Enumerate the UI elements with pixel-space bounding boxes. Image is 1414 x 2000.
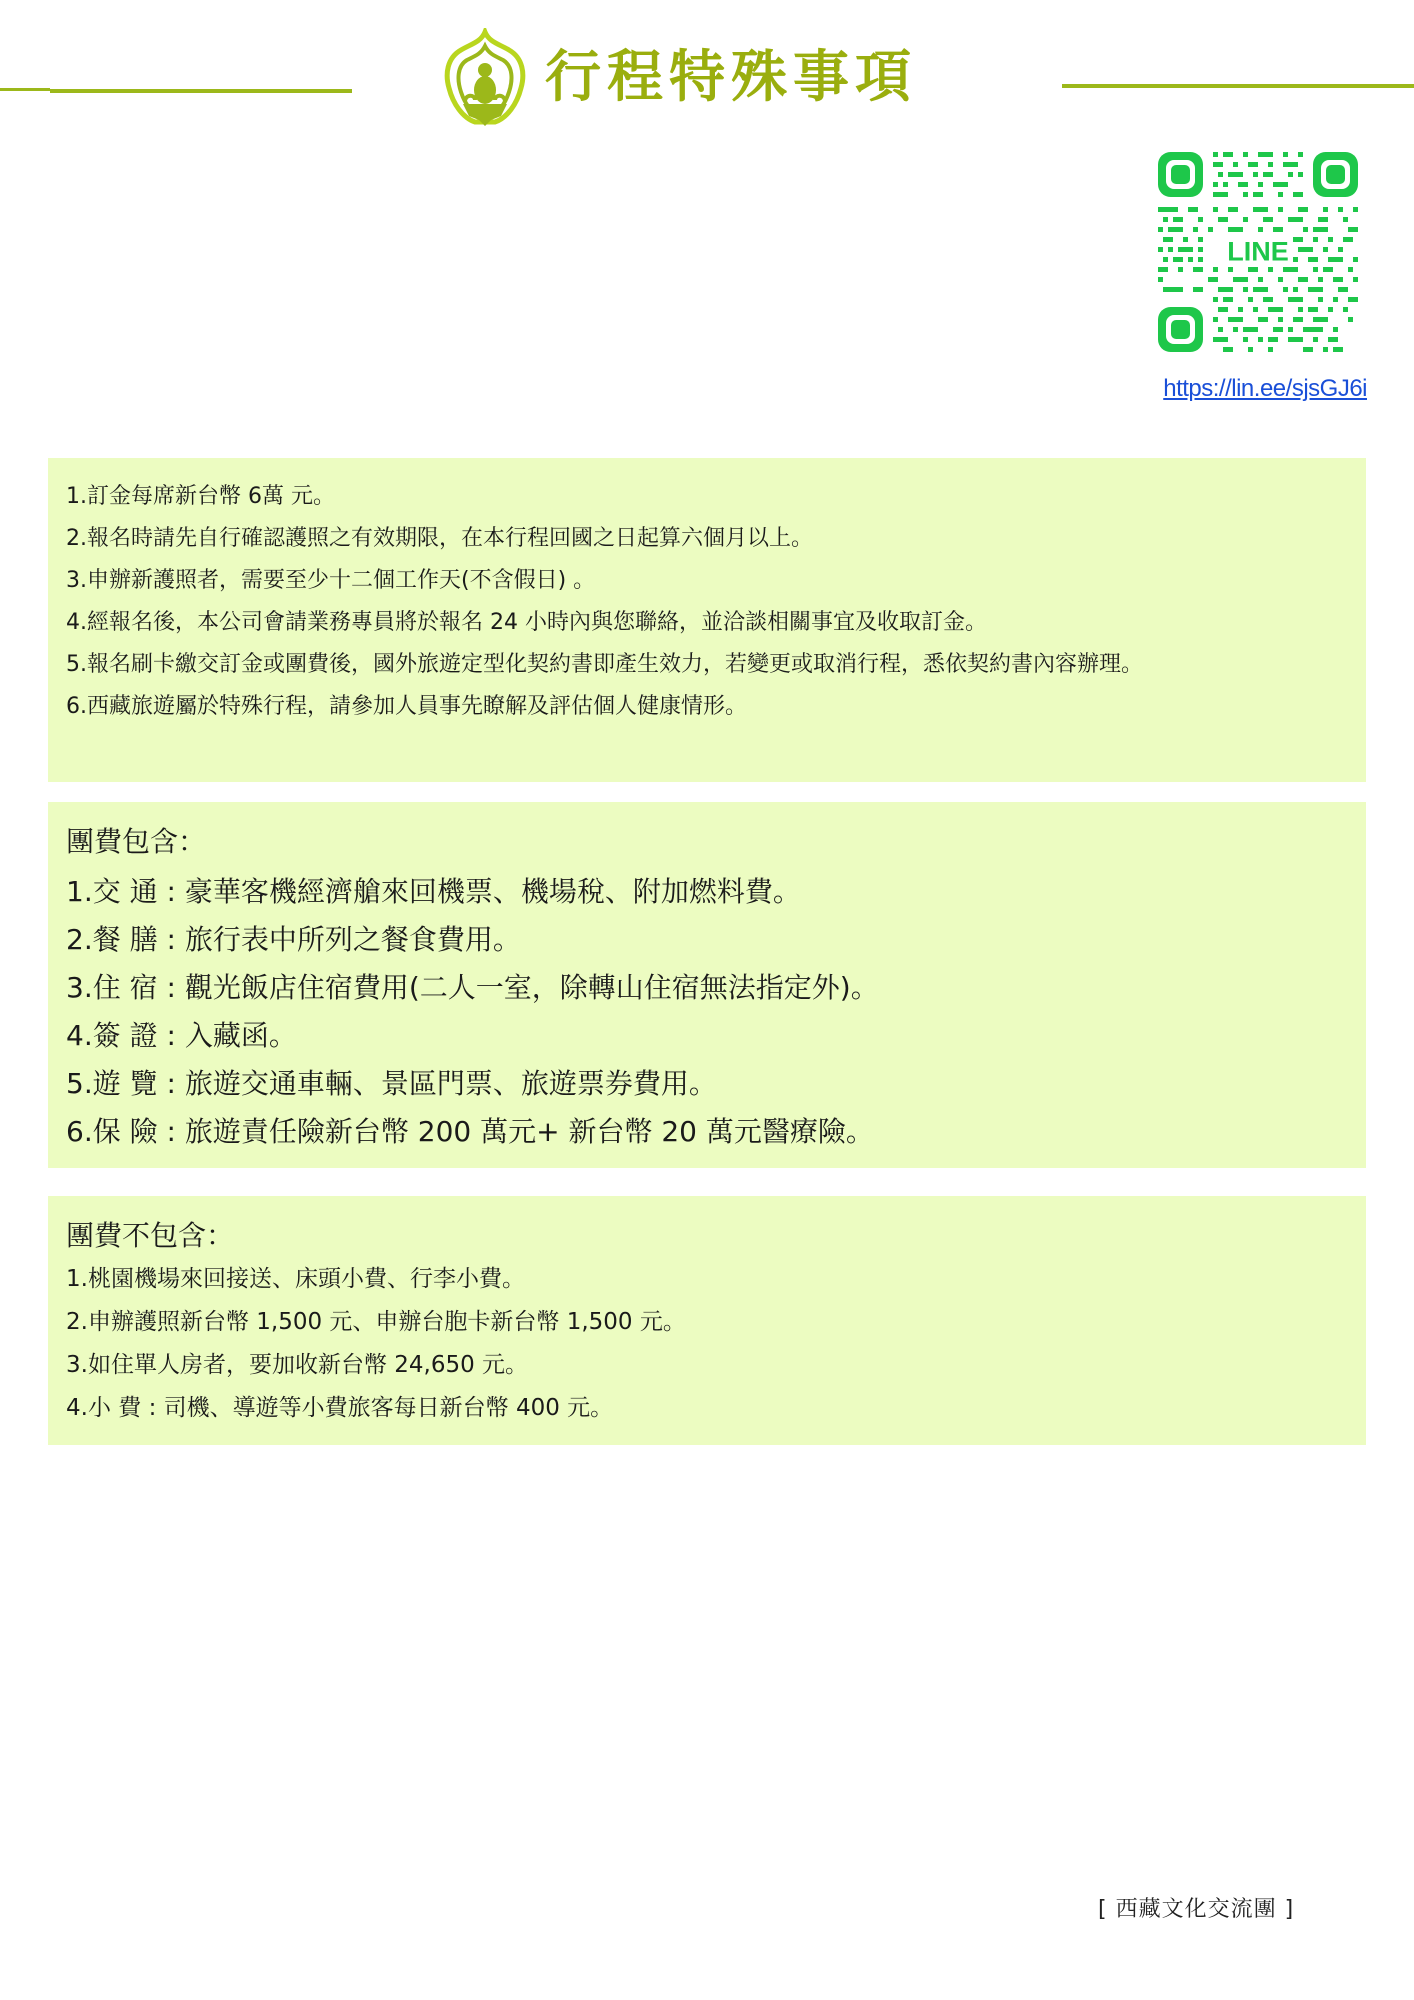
included-item: 5.遊 覽 : 旅遊交通車輛、景區門票、旅遊票券費用。 — [66, 1060, 1348, 1108]
included-item: 1.交 通 : 豪華客機經濟艙來回機票、機場稅、附加燃料費。 — [66, 868, 1348, 916]
note-item: 5.報名刷卡繳交訂金或團費後，國外旅遊定型化契約書即產生效力，若變更或取消行程，… — [66, 644, 1348, 686]
included-section: 團費包含： 1.交 通 : 豪華客機經濟艙來回機票、機場稅、附加燃料費。 2.餐… — [48, 802, 1366, 1168]
note-item: 1.訂金每席新台幣 6萬 元。 — [66, 476, 1348, 518]
header-rule-right — [1062, 84, 1414, 88]
page-title: 行程特殊事項 — [545, 50, 917, 106]
included-item: 6.保 險 : 旅遊責任險新台幣 200 萬元+ 新台幣 20 萬元醫療險。 — [66, 1108, 1348, 1156]
notes-section: 1.訂金每席新台幣 6萬 元。 2.報名時請先自行確認護照之有效期限，在本行程回… — [48, 458, 1366, 782]
excluded-item: 4.小 費 : 司機、導遊等小費旅客每日新台幣 400 元。 — [66, 1387, 1348, 1430]
excluded-item: 3.如住單人房者，要加收新台幣 24,650 元。 — [66, 1344, 1348, 1387]
page-header: 行程特殊事項 — [435, 28, 917, 128]
excluded-heading: 團費不包含： — [66, 1216, 1348, 1256]
included-item: 3.住 宿 : 觀光飯店住宿費用(二人一室，除轉山住宿無法指定外)。 — [66, 964, 1348, 1012]
note-item: 2.報名時請先自行確認護照之有效期限，在本行程回國之日起算六個月以上。 — [66, 518, 1348, 560]
line-link[interactable]: https://lin.ee/sjsGJ6i — [1153, 375, 1367, 403]
note-item: 6.西藏旅遊屬於特殊行程，請參加人員事先瞭解及評估個人健康情形。 — [66, 686, 1348, 728]
included-heading: 團費包含： — [66, 822, 1348, 862]
included-item: 2.餐 膳 : 旅行表中所列之餐食費用。 — [66, 916, 1348, 964]
excluded-item: 1.桃園機場來回接送、床頭小費、行李小費。 — [66, 1258, 1348, 1301]
included-item: 4.簽 證 : 入藏函。 — [66, 1012, 1348, 1060]
header-rule-left-segment — [0, 88, 50, 91]
excluded-item: 2.申辦護照新台幣 1,500 元、申辦台胞卡新台幣 1,500 元。 — [66, 1301, 1348, 1344]
excluded-section: 團費不包含： 1.桃園機場來回接送、床頭小費、行李小費。 2.申辦護照新台幣 1… — [48, 1196, 1366, 1445]
qr-center-label: LINE — [1227, 237, 1289, 267]
note-item: 3.申辦新護照者，需要至少十二個工作天(不含假日) 。 — [66, 560, 1348, 602]
header-rule-left — [50, 89, 352, 93]
lotus-buddha-icon — [435, 28, 535, 128]
footer-label: [ 西藏文化交流團 ] — [1098, 1892, 1294, 1923]
line-qr-code-icon[interactable]: LINE — [1158, 152, 1358, 352]
note-item: 4.經報名後，本公司會請業務專員將於報名 24 小時內與您聯絡，並洽談相關事宜及… — [66, 602, 1348, 644]
